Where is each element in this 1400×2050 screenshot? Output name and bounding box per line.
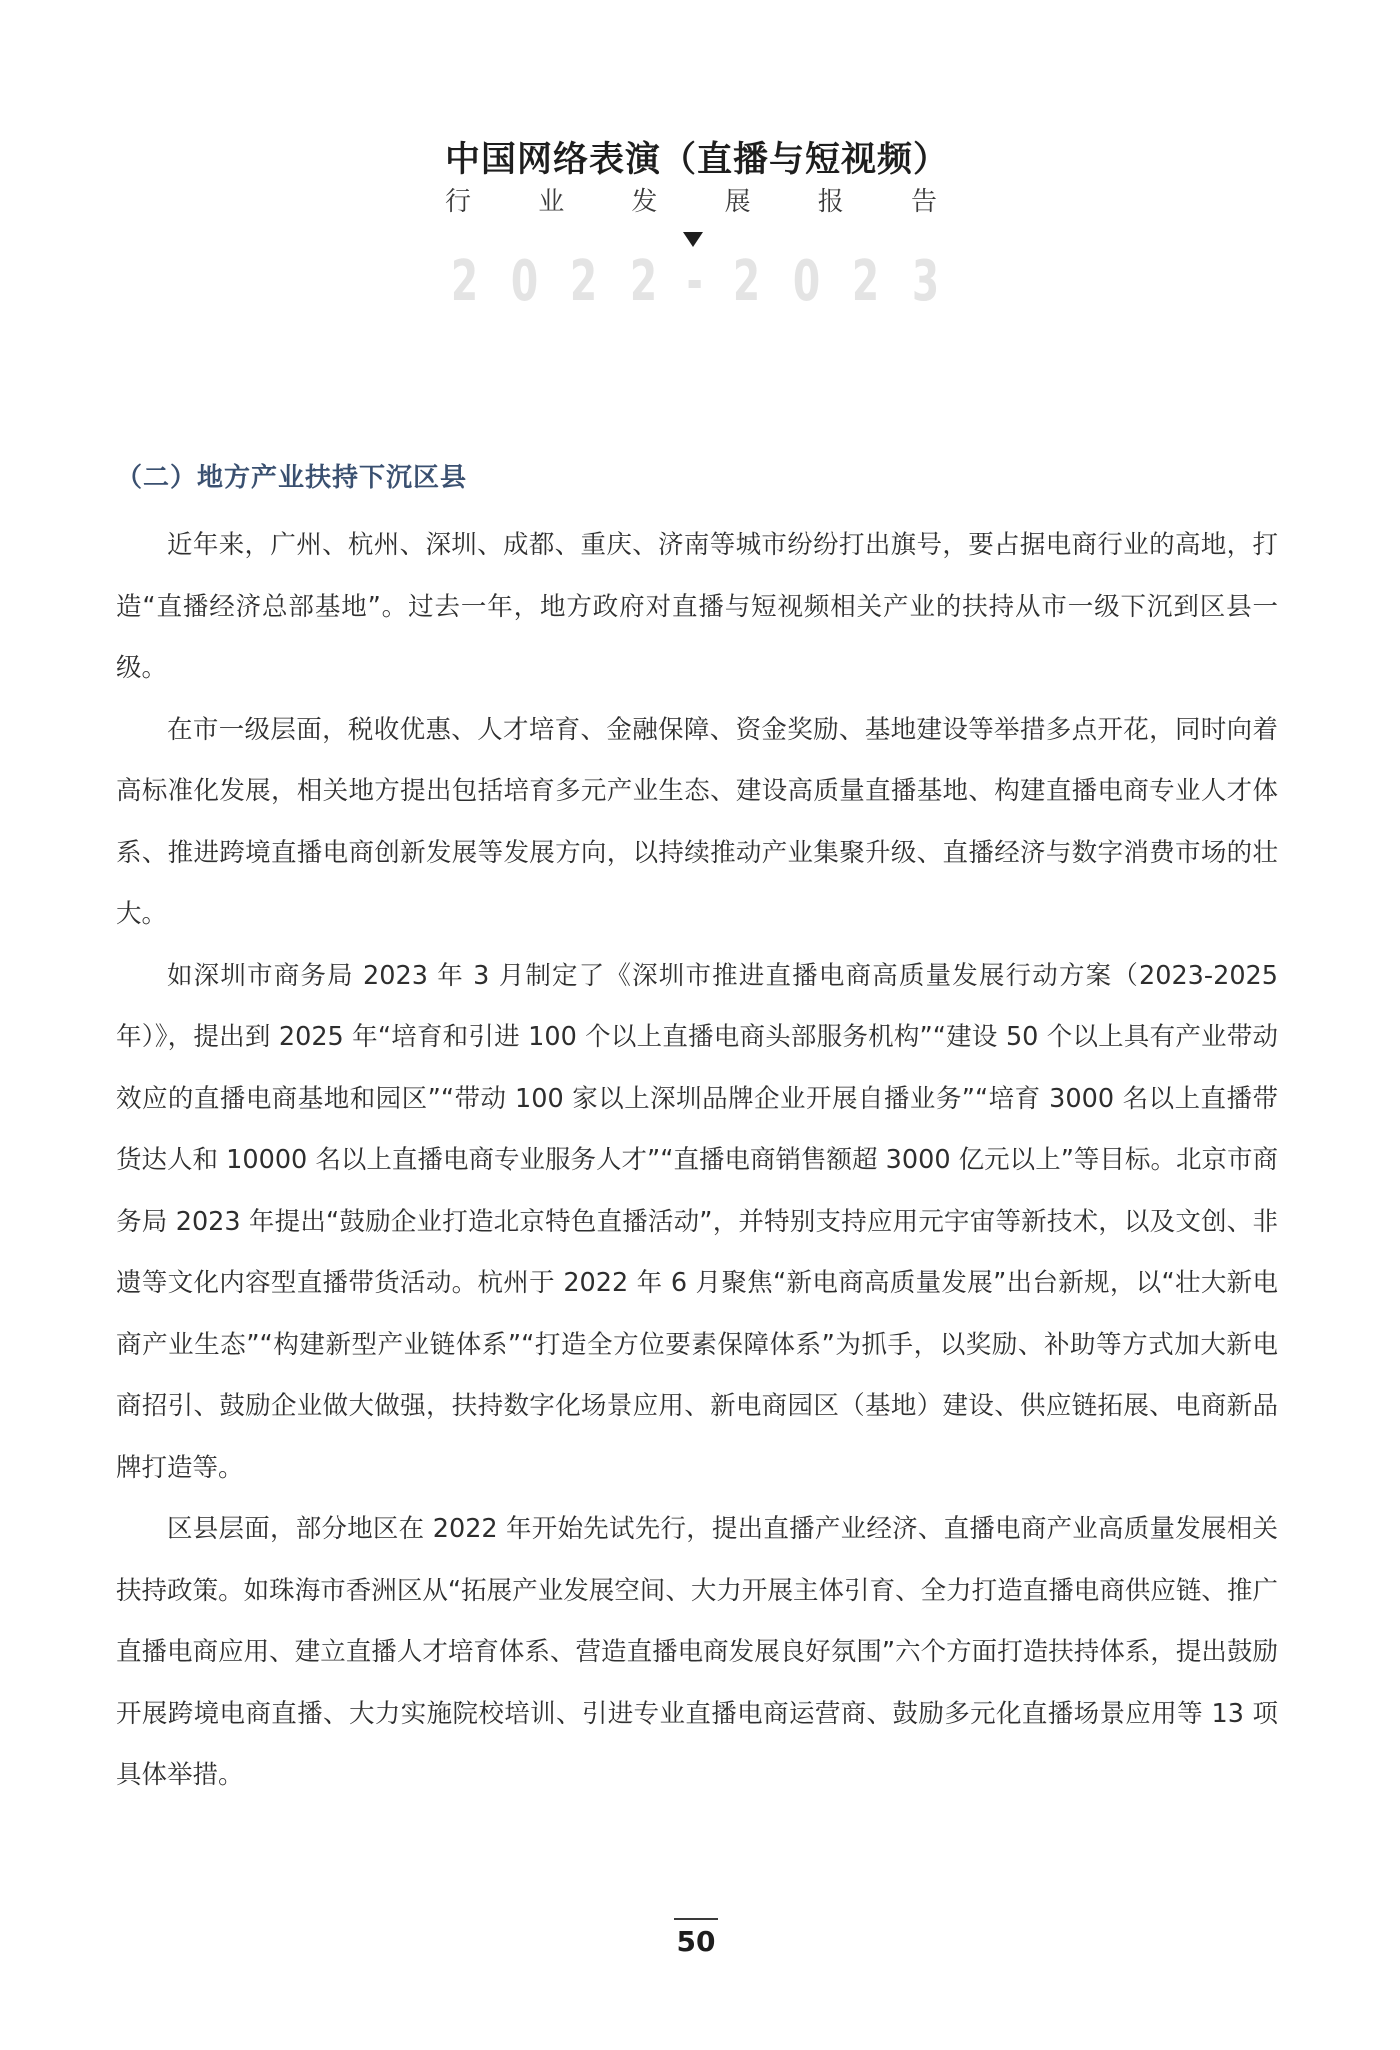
down-triangle-icon	[683, 232, 703, 247]
year-char: 2	[733, 250, 760, 314]
year-char: 0	[510, 250, 537, 314]
report-subtitle: 行 业 发 展 报 告	[445, 186, 937, 218]
page-number: 50	[672, 1926, 720, 1958]
subtitle-char: 报	[818, 186, 844, 218]
section-heading: （二）地方产业扶持下沉区县	[116, 460, 467, 496]
subtitle-char: 发	[631, 186, 657, 218]
paragraph: 近年来，广州、杭州、深圳、成都、重庆、济南等城市纷纷打出旗号，要占据电商行业的高…	[116, 515, 1278, 700]
report-title: 中国网络表演（直播与短视频）	[445, 138, 945, 182]
year-char: 0	[793, 250, 820, 314]
year-char: 2	[852, 250, 879, 314]
year-char: 2	[570, 250, 597, 314]
paragraph: 如深圳市商务局 2023 年 3 月制定了《深圳市推进直播电商高质量发展行动方案…	[116, 946, 1278, 1500]
paragraph: 在市一级层面，税收优惠、人才培育、金融保障、资金奖励、基地建设等举措多点开花，同…	[116, 700, 1278, 946]
year-char: 3	[912, 250, 939, 314]
subtitle-char: 业	[538, 186, 564, 218]
subtitle-char: 行	[445, 186, 471, 218]
year-char: -	[687, 250, 703, 314]
paragraph: 区县层面，部分地区在 2022 年开始先试先行，提出直播产业经济、直播电商产业高…	[116, 1499, 1278, 1807]
year-char: 2	[630, 250, 657, 314]
year-char: 2	[451, 250, 478, 314]
report-years: 2 0 2 2 - 2 0 2 3	[445, 250, 945, 314]
page-footer: 50	[672, 1918, 720, 1958]
footer-rule	[674, 1918, 718, 1920]
subtitle-char: 展	[725, 186, 751, 218]
subtitle-char: 告	[911, 186, 937, 218]
body-text: 近年来，广州、杭州、深圳、成都、重庆、济南等城市纷纷打出旗号，要占据电商行业的高…	[116, 515, 1278, 1807]
report-header: 中国网络表演（直播与短视频） 行 业 发 展 报 告 2 0 2 2 - 2 0…	[445, 138, 945, 218]
